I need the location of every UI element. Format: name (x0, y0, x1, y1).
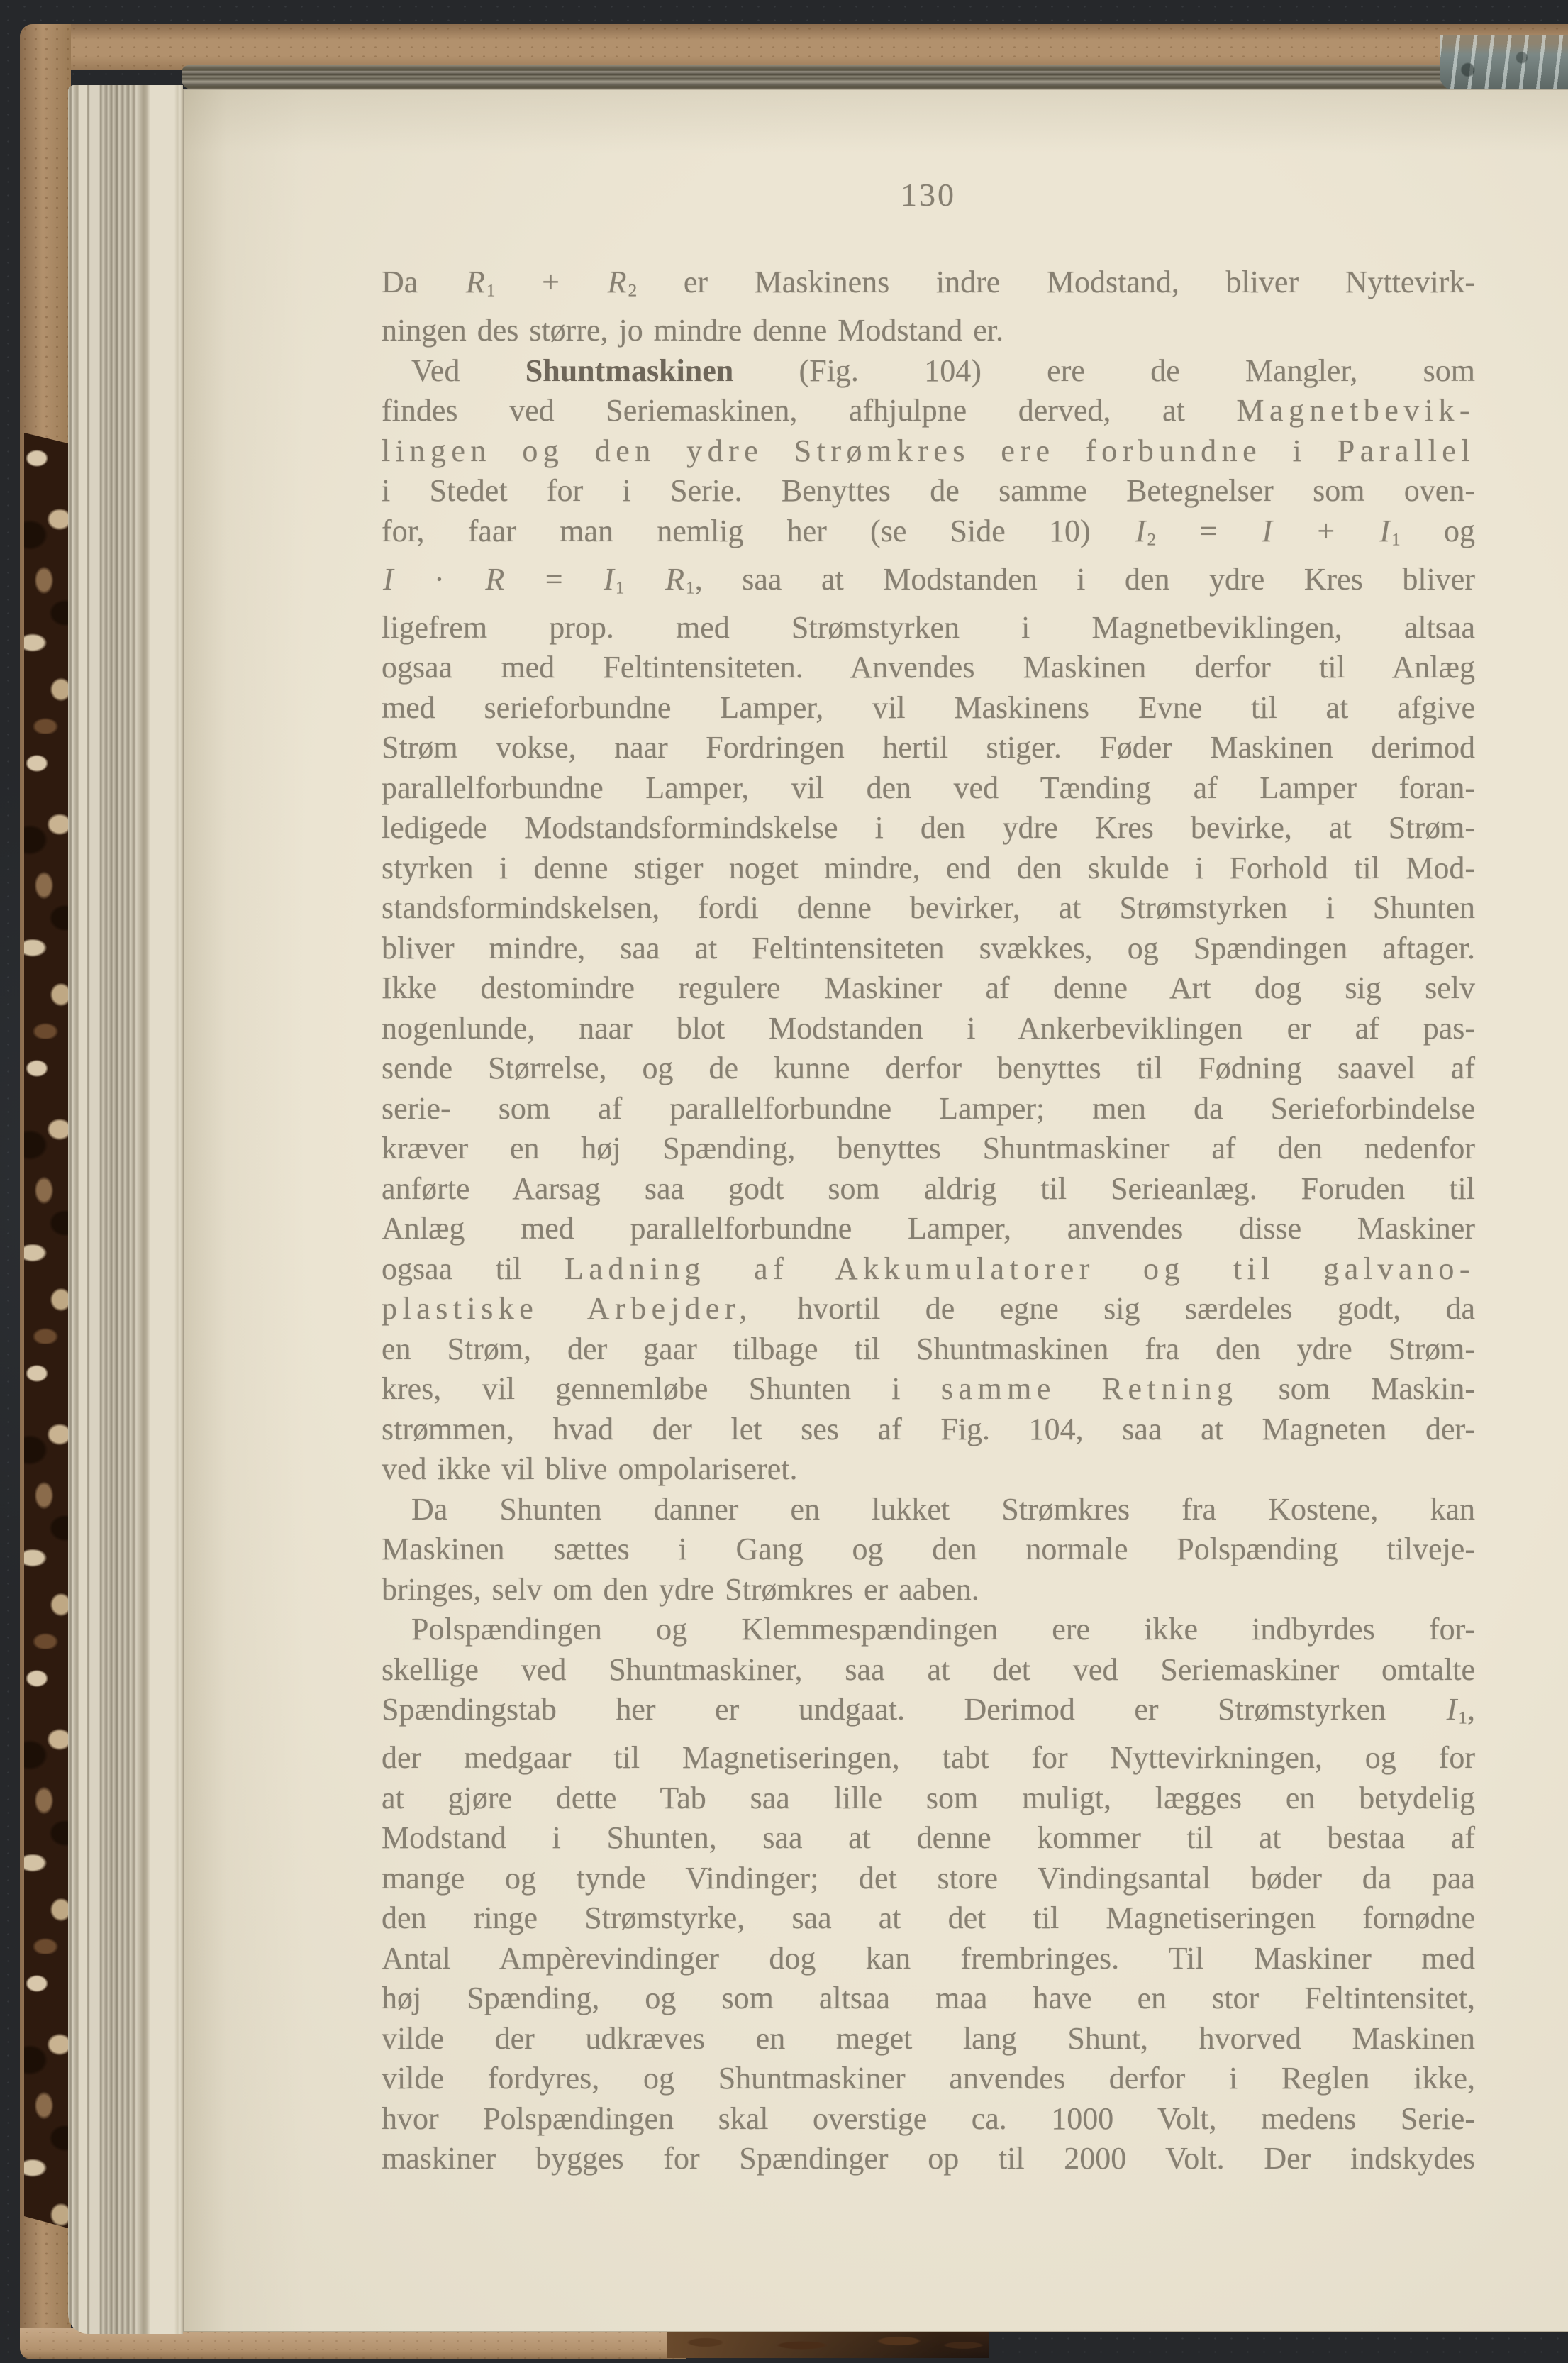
letterspaced-term: Magnetbevik- (1236, 393, 1475, 428)
text-segment: der medgaar til Magnetiseringen, tabt fo… (382, 1740, 1475, 1775)
math-subscript: 1 (686, 577, 695, 597)
text-segment: findes ved Seriemaskinen, afhjulpne derv… (382, 393, 1236, 428)
text-segment: kræver en høj Spænding, benyttes Shuntma… (382, 1131, 1475, 1166)
page-number: 130 (382, 176, 1475, 216)
text-segment: hvortil de egne sig særdeles godt, da (752, 1291, 1475, 1326)
text-line: findes ved Seriemaskinen, afhjulpne derv… (382, 391, 1475, 431)
letterspaced-term: Ladning af Akkumulatorer og til galvano- (565, 1251, 1475, 1286)
text-line: Spændingstab her er undgaat. Derimod er … (382, 1690, 1475, 1738)
text-segment: styrken i denne stiger noget mindre, end… (382, 851, 1475, 885)
text-segment: sende Størrelse, og de kunne derfor beny… (382, 1051, 1475, 1085)
text-segment: + (496, 265, 606, 299)
text-segment: maskiner bygges for Spændinger op til 20… (382, 2141, 1475, 2176)
text-segment: en Strøm, der gaar tilbage til Shuntmask… (382, 1332, 1475, 1366)
text-line: Ikke destomindre regulere Maskiner af de… (382, 968, 1475, 1009)
text-segment: Da (382, 265, 465, 299)
text-segment: Anlæg med parallelforbundne Lamper, anve… (382, 1211, 1475, 1246)
text-segment: Polspændingen og Klemmespændingen ere ik… (411, 1612, 1475, 1647)
math-symbol: I (1445, 1692, 1459, 1727)
text-segment: , saa at Modstanden i den ydre Kres bliv… (695, 562, 1475, 597)
marbled-paper-bottom-strip (667, 2330, 989, 2358)
text-line: bringes, selv om den ydre Strømkres er a… (382, 1570, 1475, 1610)
text-segment: Antal Ampèrevindinger dog kan frembringe… (382, 1941, 1475, 1976)
text-line: bliver mindre, saa at Feltintensiteten s… (382, 929, 1475, 969)
math-symbol: I (1134, 514, 1147, 548)
letterspaced-term: samme Retning (941, 1371, 1238, 1406)
text-line: hvor Polspændingen skal overstige ca. 10… (382, 2099, 1475, 2140)
text-segment: Ikke destomindre regulere Maskiner af de… (382, 970, 1475, 1005)
text-segment: ledigede Modstandsformindskelse i den yd… (382, 810, 1475, 845)
text-line: Antal Ampèrevindinger dog kan frembringe… (382, 1939, 1475, 1979)
text-line: Modstand i Shunten, saa at denne kommer … (382, 1818, 1475, 1859)
math-symbol: I (602, 562, 616, 597)
text-line: Ved Shuntmaskinen (Fig. 104) ere de Mang… (382, 351, 1475, 392)
leather-cover-top-edge (20, 24, 1568, 70)
text-segment: den ringe Strømstyrke, saa at det til Ma… (382, 1900, 1475, 1935)
text-line: sende Størrelse, og de kunne derfor beny… (382, 1048, 1475, 1089)
text-line: ningen des større, jo mindre denne Modst… (382, 311, 1475, 351)
math-symbol: R (465, 265, 486, 299)
math-subscript: 2 (1147, 529, 1156, 549)
text-line: ledigede Modstandsformindskelse i den yd… (382, 808, 1475, 848)
text-line: lingen og den ydre Strømkres ere forbund… (382, 431, 1475, 472)
text-segment: at gjøre dette Tab saa lille som muligt,… (382, 1781, 1475, 1815)
text-line: serie- som af parallelforbundne Lamper; … (382, 1089, 1475, 1129)
text-segment: standsformindskelsen, fordi denne bevirk… (382, 890, 1475, 925)
text-segment: og (1401, 514, 1475, 548)
page-edges-top (182, 65, 1448, 89)
letterspaced-term: lingen og den ydre Strømkres ere forbund… (382, 433, 1475, 468)
text-segment: Spændingstab her er undgaat. Derimod er … (382, 1692, 1445, 1727)
text-line: parallelforbundne Lamper, vil den ved Tæ… (382, 768, 1475, 809)
text-line: vilde der udkræves en meget lang Shunt, … (382, 2019, 1475, 2059)
bold-term: Shuntmaskinen (526, 353, 733, 388)
text-line: styrken i denne stiger noget mindre, end… (382, 848, 1475, 889)
text-line: kres, vil gennemløbe Shunten i samme Ret… (382, 1369, 1475, 1410)
text-segment: med serieforbundne Lamper, vil Maskinens… (382, 690, 1475, 725)
text-line: standsformindskelsen, fordi denne bevirk… (382, 888, 1475, 929)
text-segment: ved ikke vil blive ompolariseret. (382, 1451, 797, 1486)
text-segment: for, faar man nemlig her (se Side 10) (382, 514, 1134, 548)
text-line: Maskinen sættes i Gang og den normale Po… (382, 1529, 1475, 1570)
text-line: ligefrem prop. med Strømstyrken i Magnet… (382, 608, 1475, 648)
text-line: ved ikke vil blive ompolariseret. (382, 1449, 1475, 1490)
text-line: i Stedet for i Serie. Benyttes de samme … (382, 471, 1475, 511)
text-segment: ligefrem prop. med Strømstyrken i Magnet… (382, 610, 1475, 645)
text-segment: bringes, selv om den ydre Strømkres er a… (382, 1572, 979, 1607)
text-segment: , (1467, 1692, 1475, 1727)
text-segment: · (395, 562, 484, 597)
text-segment: = (506, 562, 602, 597)
page-edges-left (68, 85, 183, 2334)
math-symbol: R (606, 265, 628, 299)
text-segment: strømmen, hvad der let ses af Fig. 104, … (382, 1412, 1475, 1446)
text-line: vilde fordyres, og Shuntmaskiner anvende… (382, 2059, 1475, 2099)
math-subscript: 1 (486, 280, 496, 301)
text-line: nogenlunde, naar blot Modstanden i Anker… (382, 1009, 1475, 1049)
text-segment: Modstand i Shunten, saa at denne kommer … (382, 1820, 1475, 1855)
math-symbol: R (484, 562, 506, 597)
text-line: mange og tynde Vindinger; det store Vind… (382, 1859, 1475, 1899)
marbled-fore-edge-top-right (1440, 35, 1568, 91)
math-symbol: R (664, 562, 686, 597)
text-segment: ogsaa til (382, 1251, 565, 1286)
text-line: Da R1 + R2 er Maskinens indre Modstand, … (382, 262, 1475, 311)
math-subscript: 2 (628, 280, 637, 301)
text-line: med serieforbundne Lamper, vil Maskinens… (382, 688, 1475, 729)
text-segment: mange og tynde Vindinger; det store Vind… (382, 1861, 1475, 1896)
text-segment: serie- som af parallelforbundne Lamper; … (382, 1091, 1475, 1126)
text-segment: = (1156, 514, 1260, 548)
math-symbol: I (382, 562, 395, 597)
text-segment: (Fig. 104) ere de Mangler, som (733, 353, 1475, 388)
text-segment: Ved (411, 353, 526, 388)
text-line: I · R = I1 R1, saa at Modstanden i den y… (382, 560, 1475, 608)
text-line: ogsaa til Ladning af Akkumulatorer og ti… (382, 1249, 1475, 1290)
text-line: strømmen, hvad der let ses af Fig. 104, … (382, 1410, 1475, 1450)
math-symbol: I (1378, 514, 1391, 548)
text-line: ogsaa med Feltintensiteten. Anvendes Mas… (382, 648, 1475, 688)
math-subscript: 1 (1391, 529, 1401, 549)
text-line: høj Spænding, og som altsaa maa have en … (382, 1979, 1475, 2019)
text-segment (625, 562, 665, 597)
text-segment: i Stedet for i Serie. Benyttes de samme … (382, 473, 1475, 508)
text-line: maskiner bygges for Spændinger op til 20… (382, 2139, 1475, 2179)
book-page: 130 Da R1 + R2 er Maskinens indre Modsta… (183, 89, 1568, 2332)
marbled-paper-left-strip (24, 428, 71, 2235)
text-line: plastiske Arbejder, hvortil de egne sig … (382, 1289, 1475, 1329)
text-segment: høj Spænding, og som altsaa maa have en … (382, 1981, 1475, 2015)
text-segment: skellige ved Shuntmaskiner, saa at det v… (382, 1652, 1475, 1687)
text-line: den ringe Strømstyrke, saa at det til Ma… (382, 1898, 1475, 1939)
text-line: en Strøm, der gaar tilbage til Shuntmask… (382, 1329, 1475, 1370)
text-line: der medgaar til Magnetiseringen, tabt fo… (382, 1738, 1475, 1778)
text-segment: nogenlunde, naar blot Modstanden i Anker… (382, 1011, 1475, 1046)
text-line: Strøm vokse, naar Fordringen hertil stig… (382, 728, 1475, 768)
text-line: Anlæg med parallelforbundne Lamper, anve… (382, 1209, 1475, 1249)
text-segment: vilde fordyres, og Shuntmaskiner anvende… (382, 2061, 1475, 2096)
text-segment: bliver mindre, saa at Feltintensiteten s… (382, 931, 1475, 965)
text-line: skellige ved Shuntmaskiner, saa at det v… (382, 1650, 1475, 1690)
math-subscript: 1 (1458, 1708, 1467, 1728)
text-segment: Da Shunten danner en lukket Strømkres fr… (411, 1492, 1475, 1527)
text-segment: vilde der udkræves en meget lang Shunt, … (382, 2021, 1475, 2056)
text-line: kræver en høj Spænding, benyttes Shuntma… (382, 1129, 1475, 1169)
math-symbol: I (1260, 514, 1274, 548)
text-segment: + (1274, 514, 1378, 548)
letterspaced-term: plastiske Arbejder, (382, 1291, 752, 1326)
text-line: Da Shunten danner en lukket Strømkres fr… (382, 1490, 1475, 1530)
text-segment: ogsaa med Feltintensiteten. Anvendes Mas… (382, 650, 1475, 685)
text-segment: hvor Polspændingen skal overstige ca. 10… (382, 2101, 1475, 2136)
text-segment: ningen des større, jo mindre denne Modst… (382, 313, 1003, 348)
text-line: anførte Aarsag saa godt som aldrig til S… (382, 1169, 1475, 1210)
text-block: Da R1 + R2 er Maskinens indre Modstand, … (382, 262, 1475, 2179)
math-subscript: 1 (616, 577, 625, 597)
text-segment: Maskinen sættes i Gang og den normale Po… (382, 1532, 1475, 1566)
text-segment: kres, vil gennemløbe Shunten i (382, 1371, 941, 1406)
text-segment: anførte Aarsag saa godt som aldrig til S… (382, 1171, 1475, 1206)
text-segment: som Maskin- (1238, 1371, 1475, 1406)
text-line: at gjøre dette Tab saa lille som muligt,… (382, 1778, 1475, 1819)
text-segment: parallelforbundne Lamper, vil den ved Tæ… (382, 770, 1475, 805)
text-line: Polspændingen og Klemmespændingen ere ik… (382, 1610, 1475, 1650)
text-segment: er Maskinens indre Modstand, bliver Nytt… (637, 265, 1475, 299)
scan-background: { "colors": { "bg": "#26282b", "leather"… (0, 0, 1568, 2363)
text-segment: Strøm vokse, naar Fordringen hertil stig… (382, 730, 1475, 765)
text-line: for, faar man nemlig her (se Side 10) I2… (382, 511, 1475, 560)
